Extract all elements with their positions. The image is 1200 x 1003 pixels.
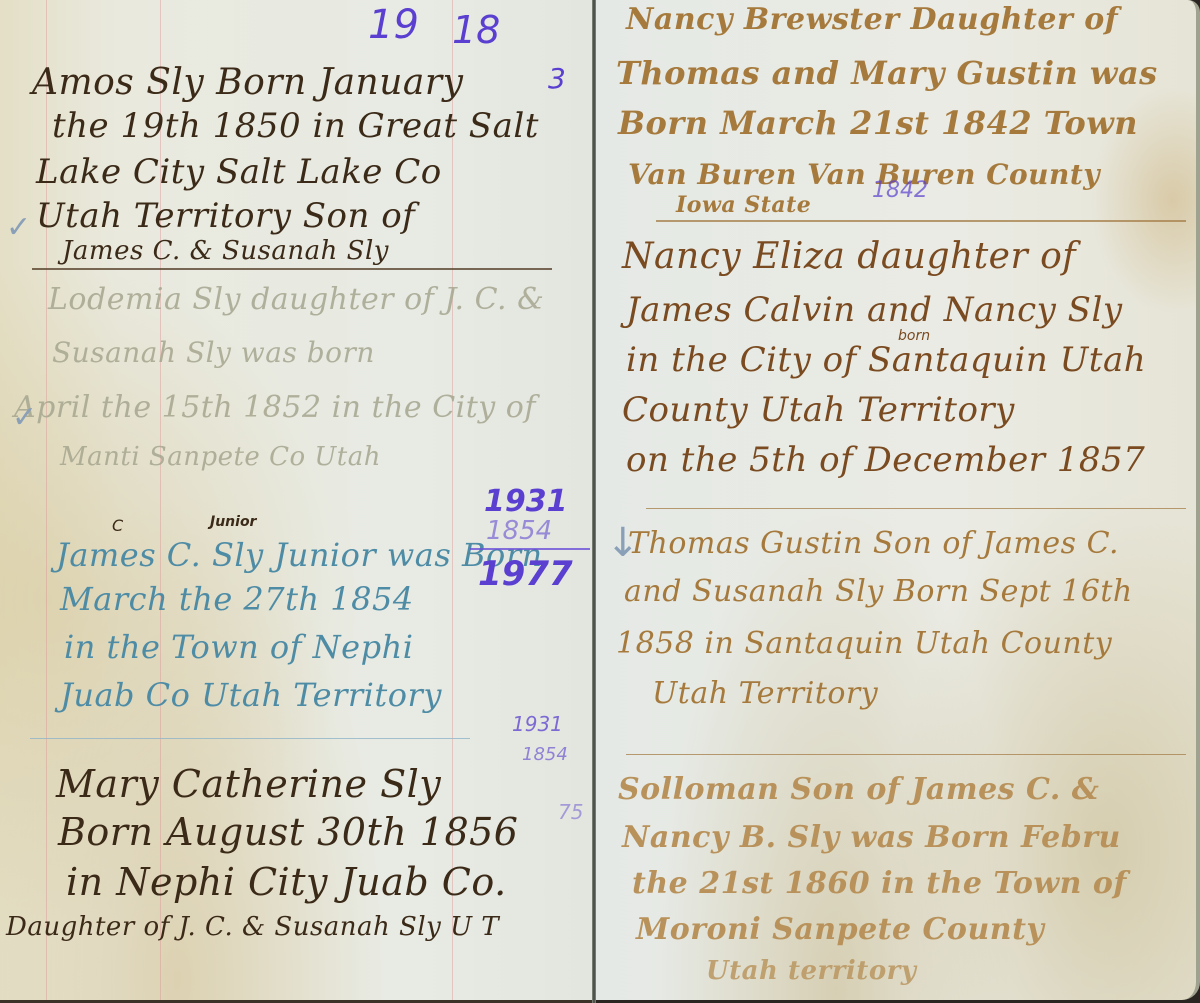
purple-annotation: 1854 (486, 516, 552, 546)
entry-line: Utah Territory (652, 676, 878, 711)
entry-line: 1858 in Santaquin Utah County (616, 626, 1112, 661)
entry-line: James C. & Susanah Sly (62, 236, 389, 266)
entry-line: Thomas and Mary Gustin was (616, 54, 1158, 92)
entry-line: James Calvin and Nancy Sly (626, 290, 1123, 330)
entry-line: Lake City Salt Lake Co (36, 152, 442, 192)
entry-line: and Susanah Sly Born Sept 16th (624, 574, 1133, 609)
pencil-check-mark: ✓ (6, 210, 31, 245)
entry-line: Moroni Sanpete County (636, 912, 1044, 947)
entry-line: Van Buren Van Buren County (628, 158, 1100, 191)
entry-line: Iowa State (676, 192, 811, 218)
margin-rule (46, 0, 47, 1000)
entry-line: Born August 30th 1856 (58, 810, 518, 854)
purple-annotation: 1931 (512, 712, 563, 736)
entry-line: Amos Sly Born January (32, 62, 463, 103)
entry-line: the 19th 1850 in Great Salt (52, 106, 539, 146)
entry-line: Nancy Eliza daughter of (622, 236, 1076, 277)
entry-line: Utah territory (706, 956, 916, 986)
purple-annotation-18: 18 (452, 8, 500, 52)
purple-annotation-mark: 3 (548, 62, 566, 95)
purple-annotation-19: 19 (368, 2, 419, 48)
pencil-check-mark: ✓ (12, 400, 37, 435)
entry-line: in the Town of Nephi (64, 628, 413, 666)
right-page: Nancy Brewster Daughter of Thomas and Ma… (596, 0, 1200, 1000)
purple-annotation: 1931 (484, 484, 568, 519)
entry-line: March the 27th 1854 (60, 580, 414, 618)
purple-annotation: 75 (558, 800, 583, 824)
entry-line: Lodemia Sly daughter of J. C. & (48, 282, 544, 317)
entry-line: Juab Co Utah Territory (60, 676, 442, 714)
entry-line: on the 5th of December 1857 (626, 440, 1145, 480)
entry-line: April the 15th 1852 in the City of (14, 390, 536, 425)
notebook-spread: 19 18 3 Amos Sly Born January the 19th 1… (0, 0, 1200, 1003)
entry-line: Utah Territory Son of (36, 196, 415, 236)
left-page: 19 18 3 Amos Sly Born January the 19th 1… (0, 0, 593, 1003)
purple-fraction-line (470, 548, 590, 550)
purple-annotation: 1842 (872, 178, 928, 203)
entry-line: Mary Catherine Sly (56, 762, 441, 806)
entry-line: Thomas Gustin Son of James C. (628, 526, 1119, 561)
entry-divider (646, 508, 1186, 509)
entry-line: Manti Sanpete Co Utah (60, 442, 381, 472)
entry-divider (626, 754, 1186, 755)
insertion-initial: C (112, 516, 123, 535)
entry-line: Solloman Son of James C. & (618, 772, 1099, 807)
entry-line: Susanah Sly was born (52, 336, 375, 369)
entry-line: James C. Sly Junior was Born (56, 536, 543, 574)
entry-line: in Nephi City Juab Co. (66, 860, 507, 904)
entry-line: in the City of Santaquin Utah (626, 340, 1146, 380)
purple-annotation: 1977 (478, 554, 573, 594)
insertion-junior: Junior (210, 514, 256, 530)
pencil-arrow-mark: ↓ (606, 520, 640, 566)
entry-divider (32, 268, 552, 270)
entry-line: Nancy B. Sly was Born Febru (622, 820, 1121, 855)
entry-divider (30, 738, 470, 739)
entry-line: County Utah Territory (622, 390, 1015, 430)
entry-line: the 21st 1860 in the Town of (632, 866, 1127, 901)
entry-divider (656, 220, 1186, 222)
entry-line: Daughter of J. C. & Susanah Sly U T (6, 912, 499, 942)
entry-line: Nancy Brewster Daughter of (626, 2, 1118, 37)
entry-line: Born March 21st 1842 Town (618, 104, 1138, 142)
purple-annotation: 1854 (522, 744, 568, 765)
